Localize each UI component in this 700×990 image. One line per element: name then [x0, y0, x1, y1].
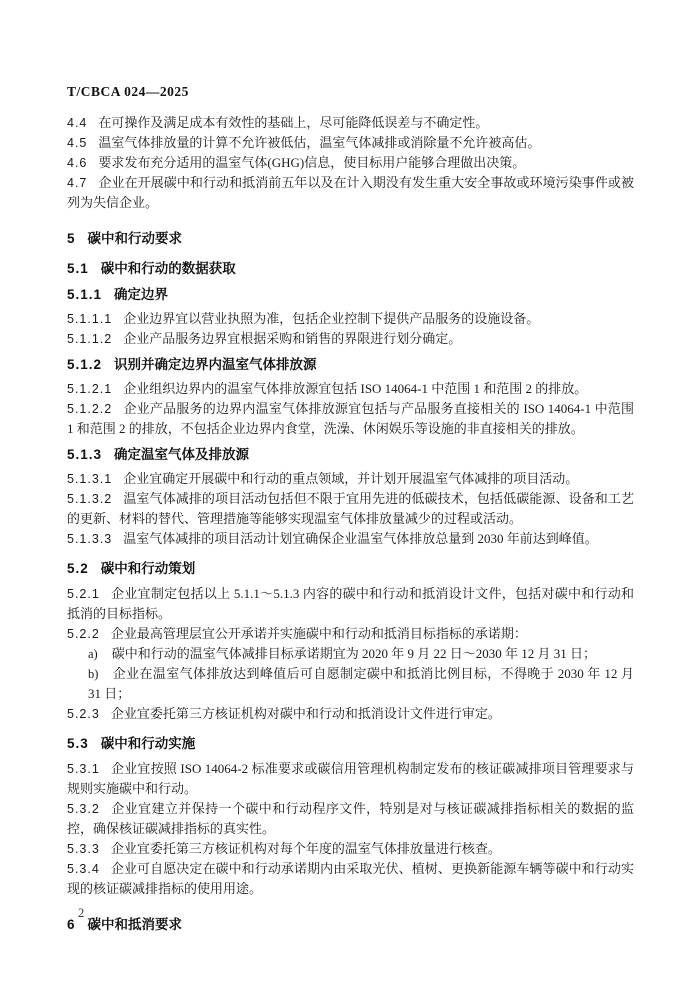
clause-number: 5.1.1.2 — [67, 332, 112, 346]
clause-number: 5 — [67, 231, 76, 246]
clause-paragraph: 5.2.2企业最高管理层宜公开承诺并实施碳中和行动和抵消目标指标的承诺期： — [67, 624, 634, 644]
clause-paragraph: 5.1.2.1企业组织边界内的温室气体排放源宜包括 ISO 14064-1 中范… — [67, 379, 634, 399]
clause-paragraph: 5.1.3.2温室气体减排的项目活动包括但不限于宜用先进的低碳技术，包括低碳能源… — [67, 489, 634, 529]
clause-number: 5.1.3.2 — [67, 492, 112, 506]
clause-paragraph: 4.4在可操作及满足成本有效性的基础上，尽可能降低误差与不确定性。 — [67, 113, 634, 133]
clause-paragraph: 4.7企业在开展碳中和行动和抵消前五年以及在计入期没有发生重大安全事故或环境污染… — [67, 173, 634, 213]
clause-text: 企业在温室气体排放达到峰值后可自愿制定碳中和抵消比例目标，不得晚于 2030 年… — [88, 666, 634, 701]
clause-number: 5.1.3.3 — [67, 532, 112, 546]
clause-number: b) — [88, 667, 98, 681]
page-number: 2 — [78, 906, 84, 921]
subsection-heading: 5.1.3确定温室气体及排放源 — [67, 445, 634, 465]
clause-text: 企业宜委托第三方核证机构对每个年度的温室气体排放量进行核查。 — [111, 841, 501, 856]
list-item: a)碳中和行动的温室气体减排目标承诺期宜为 2020 年 9 月 22 日～20… — [67, 644, 634, 664]
clause-number: 5.3.3 — [67, 842, 100, 856]
clause-text: 企业宜按照 ISO 14064-2 标准要求或碳信用管理机构制定发布的核证碳减排… — [67, 761, 634, 796]
clause-text: 企业最高管理层宜公开承诺并实施碳中和行动和抵消目标指标的承诺期： — [111, 626, 527, 641]
chapter-heading: 5碳中和行动要求 — [67, 229, 634, 249]
clause-number: 5.1.2 — [67, 357, 102, 372]
clause-number: 5.2 — [67, 561, 89, 576]
clause-text: 企业组织边界内的温室气体排放源宜包括 ISO 14064-1 中范围 1 和范围… — [123, 381, 587, 396]
clause-text: 碳中和行动的温室气体减排目标承诺期宜为 2020 年 9 月 22 日～2030… — [112, 646, 596, 661]
clause-number: 5.1.1 — [67, 287, 102, 302]
section-heading: 5.2碳中和行动策划 — [67, 559, 634, 579]
clause-text: 企业宜制定包括以上 5.1.1～5.1.3 内容的碳中和行动和抵消设计文件，包括… — [67, 586, 634, 621]
clause-paragraph: 5.3.1企业宜按照 ISO 14064-2 标准要求或碳信用管理机构制定发布的… — [67, 759, 634, 799]
clause-text: 在可操作及满足成本有效性的基础上，尽可能降低误差与不确定性。 — [98, 115, 488, 130]
clause-paragraph: 5.2.3企业宜委托第三方核证机构对碳中和行动和抵消设计文件进行审定。 — [67, 704, 634, 724]
clause-number: 4.4 — [67, 116, 87, 130]
clause-text: 碳中和行动实施 — [101, 736, 196, 751]
clause-number: 5.2.1 — [67, 587, 100, 601]
clause-number: 5.3 — [67, 736, 89, 751]
clause-text: 要求发布充分适用的温室气体(GHG)信息，使目标用户能够合理做出决策。 — [98, 155, 525, 170]
clause-text: 企业产品服务的边界内温室气体排放源宜包括与产品服务直接相关的 ISO 14064… — [67, 401, 634, 436]
clause-number: 5.1.2.2 — [67, 402, 112, 416]
clause-paragraph: 5.3.4企业可自愿决定在碳中和行动承诺期内由采取光伏、植树、更换新能源车辆等碳… — [67, 859, 634, 899]
clause-number: 5.2.2 — [67, 627, 100, 641]
clause-number: 5.1 — [67, 261, 89, 276]
clause-text: 企业可自愿决定在碳中和行动承诺期内由采取光伏、植树、更换新能源车辆等碳中和行动实… — [67, 861, 634, 896]
clause-text: 企业宜委托第三方核证机构对碳中和行动和抵消设计文件进行审定。 — [111, 706, 501, 721]
clause-text: 确定边界 — [114, 287, 168, 302]
clause-number: 4.6 — [67, 156, 87, 170]
clause-number: 5.3.1 — [67, 762, 100, 776]
clause-number: 5.1.2.1 — [67, 382, 112, 396]
clause-paragraph: 5.3.2企业宜建立并保持一个碳中和行动程序文件，特别是对与核证碳减排指标相关的… — [67, 799, 634, 839]
standard-number-header: T/CBCA 024—2025 — [67, 84, 189, 100]
clause-number: 5.2.3 — [67, 707, 100, 721]
clause-paragraph: 5.1.1.2企业产品服务边界宜根据采购和销售的界限进行划分确定。 — [67, 329, 634, 349]
clause-number: 5.1.3 — [67, 447, 102, 462]
chapter-heading: 6碳中和抵消要求 — [67, 915, 634, 935]
subsection-heading: 5.1.1确定边界 — [67, 285, 634, 305]
clause-text: 企业宜确定开展碳中和行动的重点领域，并计划开展温室气体减排的项目活动。 — [123, 471, 578, 486]
clause-paragraph: 5.1.3.1企业宜确定开展碳中和行动的重点领域，并计划开展温室气体减排的项目活… — [67, 469, 634, 489]
section-heading: 5.1碳中和行动的数据获取 — [67, 259, 634, 279]
clause-text: 碳中和行动要求 — [88, 231, 183, 246]
clause-text: 识别并确定边界内温室气体排放源 — [114, 357, 317, 372]
clause-text: 碳中和抵消要求 — [88, 917, 183, 932]
clause-number: 5.3.4 — [67, 862, 100, 876]
clause-paragraph: 4.6要求发布充分适用的温室气体(GHG)信息，使目标用户能够合理做出决策。 — [67, 153, 634, 173]
clause-text: 温室气体排放量的计算不允许被低估，温室气体减排或消除量不允许被高估。 — [98, 135, 540, 150]
clause-number: 4.7 — [67, 176, 87, 190]
clause-paragraph: 5.1.1.1企业边界宜以营业执照为准，包括企业控制下提供产品服务的设施设备。 — [67, 309, 634, 329]
clause-text: 企业在开展碳中和行动和抵消前五年以及在计入期没有发生重大安全事故或环境污染事件或… — [67, 175, 634, 210]
clause-text: 企业产品服务边界宜根据采购和销售的界限进行划分确定。 — [123, 331, 461, 346]
clause-number: 4.5 — [67, 136, 87, 150]
clause-paragraph: 5.2.1企业宜制定包括以上 5.1.1～5.1.3 内容的碳中和行动和抵消设计… — [67, 584, 634, 624]
clause-number: a) — [88, 647, 98, 661]
clause-number: 5.1.3.1 — [67, 472, 112, 486]
clause-paragraph: 5.3.3企业宜委托第三方核证机构对每个年度的温室气体排放量进行核查。 — [67, 839, 634, 859]
clause-number: 6 — [67, 917, 76, 932]
clause-paragraph: 4.5温室气体排放量的计算不允许被低估，温室气体减排或消除量不允许被高估。 — [67, 133, 634, 153]
clause-paragraph: 5.1.3.3温室气体减排的项目活动计划宜确保企业温室气体排放总量到 2030 … — [67, 529, 634, 549]
clause-paragraph: 5.1.2.2企业产品服务的边界内温室气体排放源宜包括与产品服务直接相关的 IS… — [67, 399, 634, 439]
clause-text: 确定温室气体及排放源 — [114, 447, 249, 462]
document-page: T/CBCA 024—2025 4.4在可操作及满足成本有效性的基础上，尽可能降… — [0, 0, 700, 990]
subsection-heading: 5.1.2识别并确定边界内温室气体排放源 — [67, 355, 634, 375]
clause-text: 碳中和行动的数据获取 — [101, 261, 236, 276]
clause-number: 5.3.2 — [67, 802, 100, 816]
clause-text: 温室气体减排的项目活动计划宜确保企业温室气体排放总量到 2030 年前达到峰值。 — [123, 531, 598, 546]
clause-text: 温室气体减排的项目活动包括但不限于宜用先进的低碳技术，包括低碳能源、设备和工艺的… — [67, 491, 634, 526]
document-body: 4.4在可操作及满足成本有效性的基础上，尽可能降低误差与不确定性。4.5温室气体… — [67, 113, 634, 945]
section-heading: 5.3碳中和行动实施 — [67, 734, 634, 754]
clause-text: 企业边界宜以营业执照为准，包括企业控制下提供产品服务的设施设备。 — [123, 311, 539, 326]
list-item: b)企业在温室气体排放达到峰值后可自愿制定碳中和抵消比例目标，不得晚于 2030… — [67, 664, 634, 704]
clause-text: 碳中和行动策划 — [101, 561, 196, 576]
clause-text: 企业宜建立并保持一个碳中和行动程序文件，特别是对与核证碳减排指标相关的数据的监控… — [67, 801, 634, 836]
clause-number: 5.1.1.1 — [67, 312, 112, 326]
